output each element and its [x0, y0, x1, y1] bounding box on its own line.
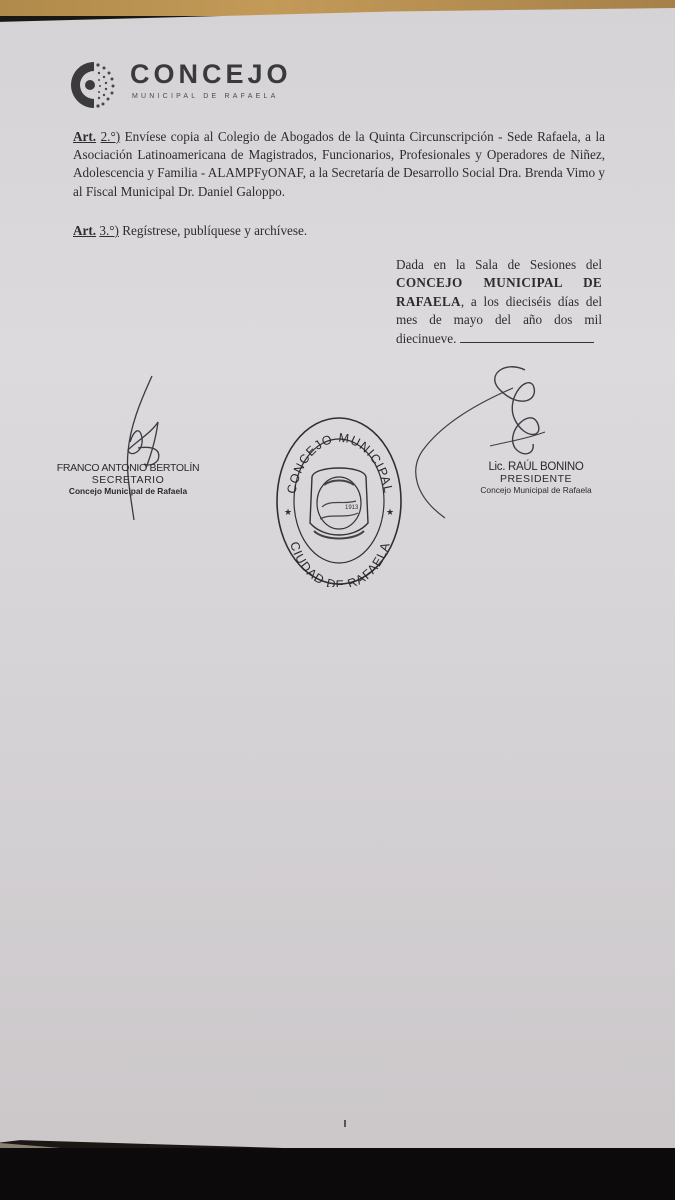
article-label: Art.	[73, 223, 96, 238]
signature-secretary: FRANCO ANTONIO BERTOLÍN SECRETARIO Conce…	[52, 462, 204, 496]
article-text: Regístrese, publíquese y archívese.	[119, 223, 307, 238]
letterhead-title: CONCEJO	[130, 59, 292, 90]
seal-star-icon: ★	[386, 507, 394, 517]
closing-line-1: Dada en la Sala de Sesiones del	[396, 257, 602, 272]
article-label: Art.	[73, 129, 96, 144]
signatory-role: PRESIDENTE	[460, 473, 612, 485]
signatory-role: SECRETARIO	[52, 474, 204, 486]
article-number: 2.°)	[101, 129, 121, 144]
signatory-organization: Concejo Municipal de Rafaela	[52, 486, 204, 496]
article-3: Art. 3.°) Regístrese, publíquese y archí…	[73, 222, 605, 240]
seal-top-text: CONCEJO MUNICIPAL	[284, 431, 395, 495]
signatory-organization: Concejo Municipal de Rafaela	[460, 485, 612, 495]
signature-president-ink	[405, 360, 565, 520]
signatory-name: Lic. RAÚL BONINO	[460, 461, 612, 473]
desk-background-bottom	[0, 1148, 675, 1200]
svg-text:1913: 1913	[345, 505, 359, 511]
closing-statement: Dada en la Sala de Sesiones del CONCEJO …	[396, 256, 602, 348]
signature-secretary-ink	[100, 372, 190, 522]
article-text: Envíese copia al Colegio de Abogados de …	[73, 129, 605, 199]
signature-president: Lic. RAÚL BONINO PRESIDENTE Concejo Muni…	[460, 461, 612, 495]
seal-coat-of-arms-icon: 1913	[310, 468, 368, 539]
article-2: Art. 2.°) Envíese copia al Colegio de Ab…	[73, 128, 605, 201]
article-number: 3.°)	[99, 223, 119, 238]
letterhead-subtitle: MUNICIPAL DE RAFAELA	[132, 93, 278, 100]
concejo-dots-logo-icon	[68, 59, 120, 111]
closing-underline	[460, 332, 594, 343]
official-seal: CONCEJO MUNICIPAL CIUDAD DE RAFAELA ★ ★ …	[274, 415, 404, 587]
letterhead-logo: CONCEJO MUNICIPAL DE RAFAELA	[68, 55, 308, 115]
signatory-name: FRANCO ANTONIO BERTOLÍN	[52, 462, 204, 474]
seal-star-icon: ★	[284, 507, 292, 517]
paper-speck	[344, 1120, 346, 1127]
